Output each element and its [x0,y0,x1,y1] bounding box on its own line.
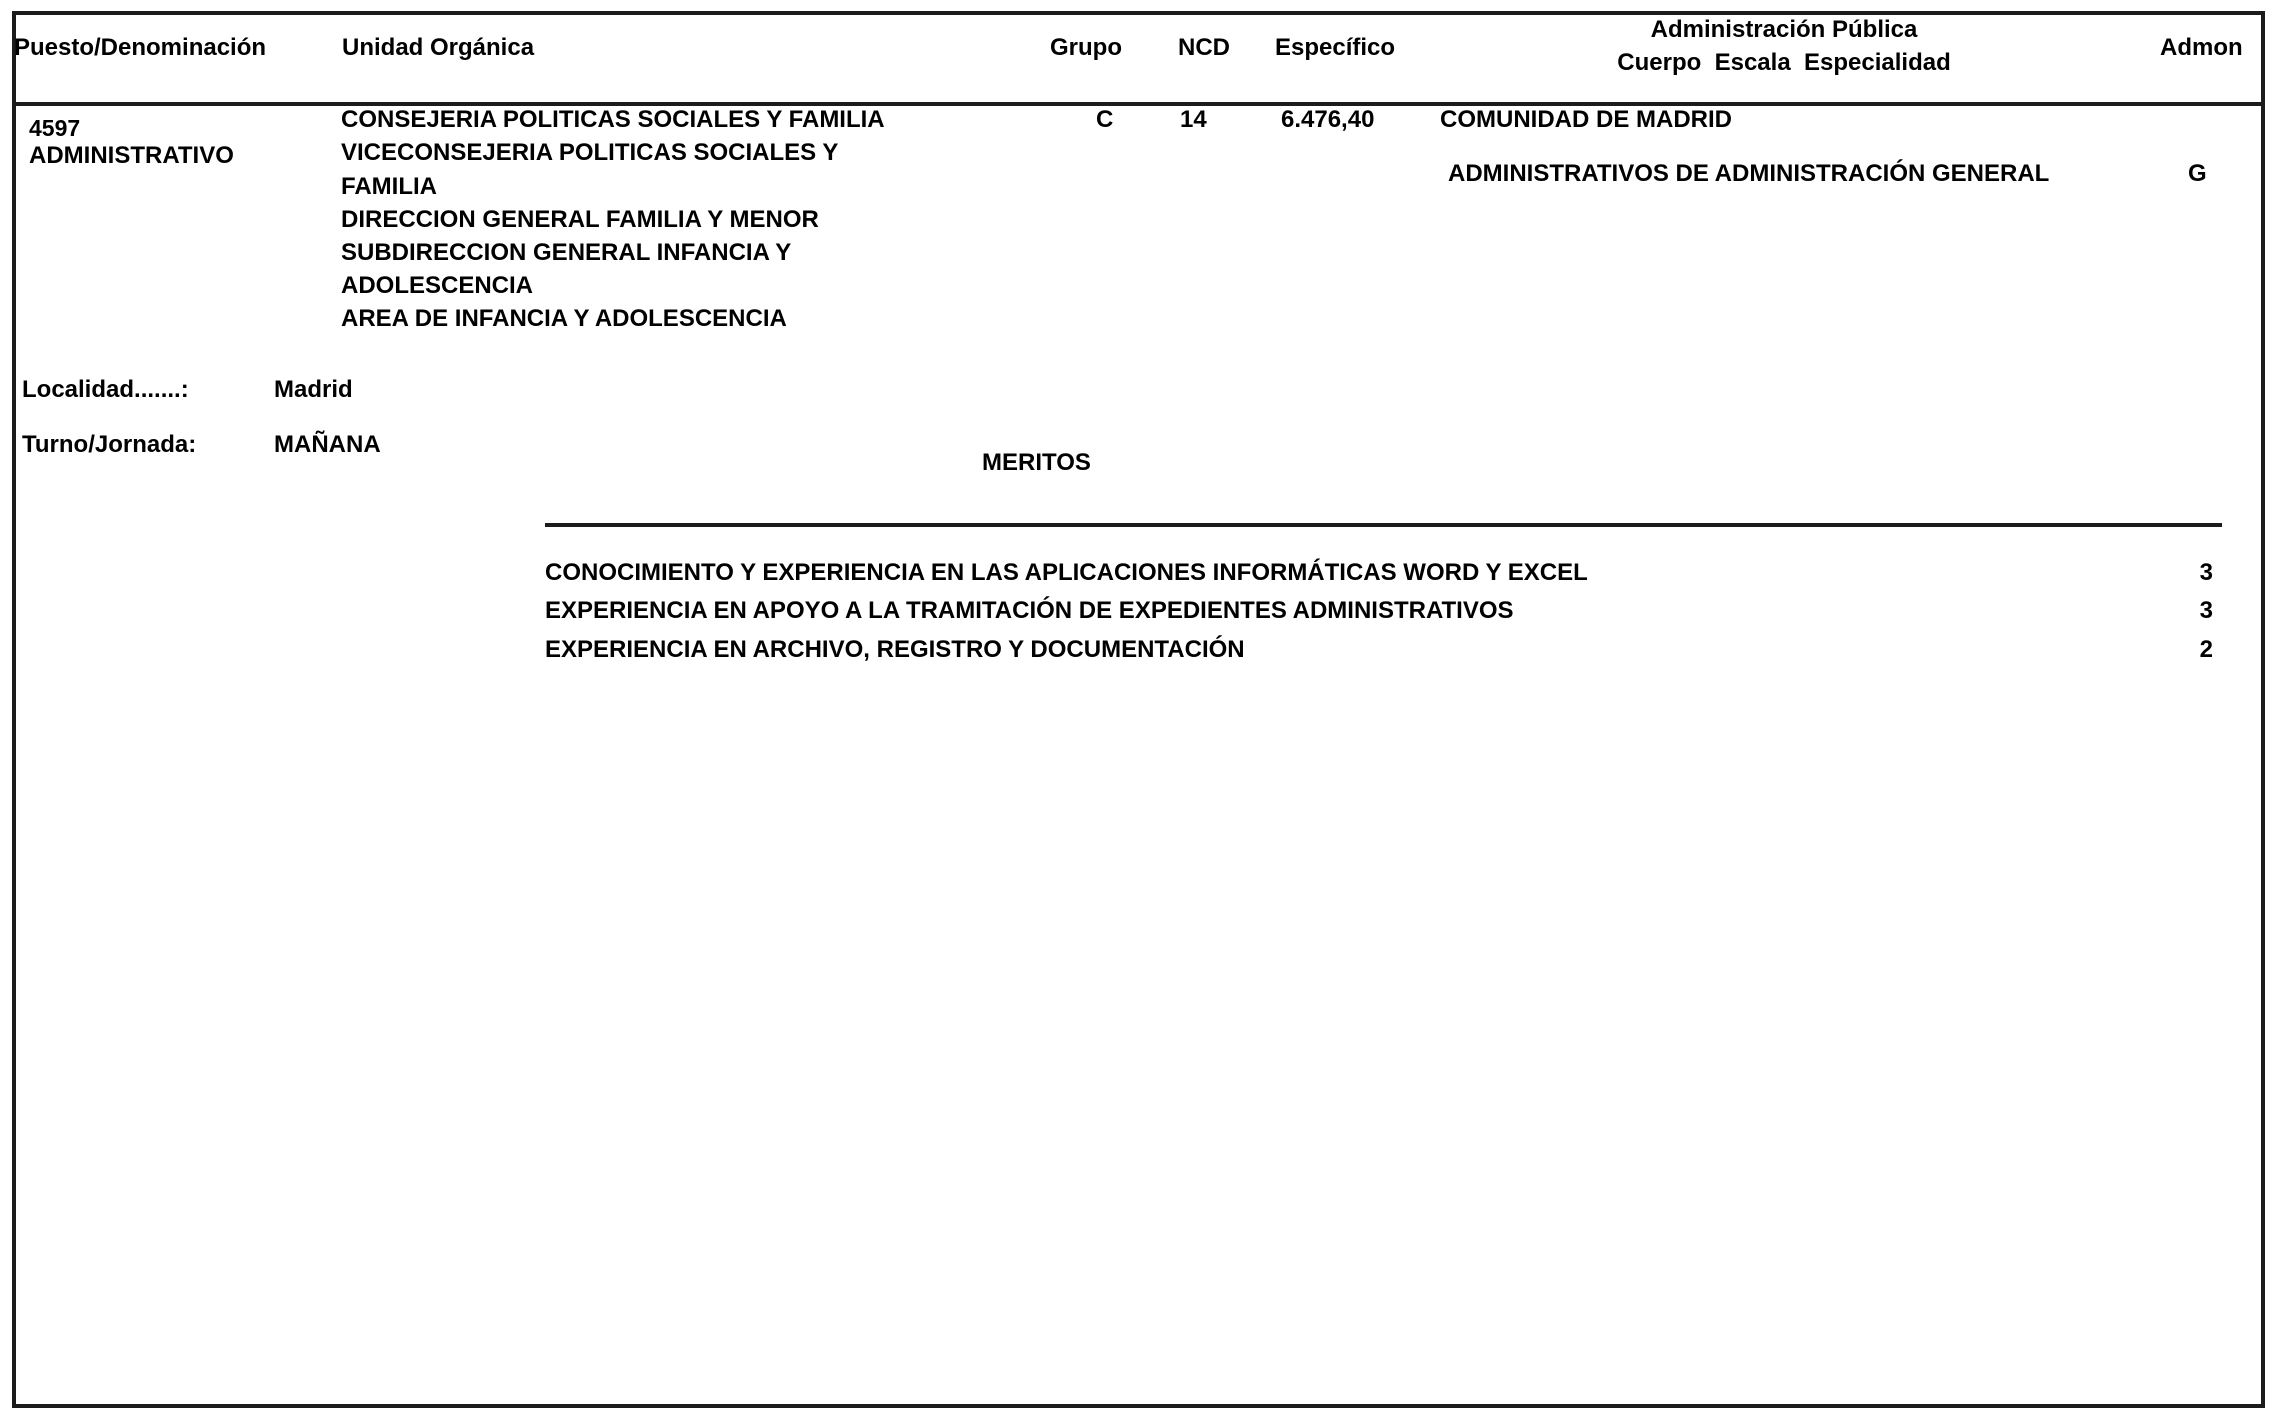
localidad-value: Madrid [274,378,353,402]
header-admin-publica: Administración Pública [1584,18,1984,42]
especifico-value: 6.476,40 [1281,108,1374,132]
merit-text: CONOCIMIENTO Y EXPERIENCIA EN LAS APLICA… [545,561,1588,585]
merit-item: EXPERIENCIA EN APOYO A LA TRAMITACIÓN DE… [545,599,2213,623]
grupo-value: C [1096,108,1113,132]
cuerpo-value: ADMINISTRATIVOS DE ADMINISTRACIÓN GENERA… [1448,162,2049,186]
unidad-line: ADOLESCENCIA [341,274,533,298]
turno-value: MAÑANA [274,433,381,457]
merit-item: EXPERIENCIA EN ARCHIVO, REGISTRO Y DOCUM… [545,638,2213,662]
meritos-title: MERITOS [982,451,1091,475]
merit-score: 2 [2200,638,2213,662]
unidad-line: SUBDIRECCION GENERAL INFANCIA Y [341,241,791,265]
unidad-line: DIRECCION GENERAL FAMILIA Y MENOR [341,208,819,232]
administracion-value: COMUNIDAD DE MADRID [1440,108,1732,132]
header-ncd: NCD [1178,36,1230,60]
header-puesto: Puesto/Denominación [14,36,266,60]
admon-value: G [2188,162,2207,186]
merit-text: EXPERIENCIA EN ARCHIVO, REGISTRO Y DOCUM… [545,638,1245,662]
header-especifico: Específico [1275,36,1395,60]
localidad-label: Localidad.......: [22,378,189,402]
unidad-line: VICECONSEJERIA POLITICAS SOCIALES Y [341,141,838,165]
header-unidad: Unidad Orgánica [342,36,534,60]
merit-score: 3 [2200,561,2213,585]
merit-text: EXPERIENCIA EN APOYO A LA TRAMITACIÓN DE… [545,599,1514,623]
header-cuerpo-escala: Cuerpo Escala Especialidad [1584,51,1984,75]
header-admon: Admon [2160,36,2243,60]
unidad-line: FAMILIA [341,175,437,199]
merit-score: 3 [2200,599,2213,623]
puesto-codigo: 4597 [29,116,80,140]
puesto-denominacion: ADMINISTRATIVO [29,144,234,168]
meritos-divider [545,523,2222,527]
merit-item: CONOCIMIENTO Y EXPERIENCIA EN LAS APLICA… [545,561,2213,585]
header-grupo: Grupo [1050,36,1122,60]
ncd-value: 14 [1180,108,1207,132]
unidad-line: CONSEJERIA POLITICAS SOCIALES Y FAMILIA [341,108,885,132]
turno-label: Turno/Jornada: [22,433,196,457]
unidad-line: AREA DE INFANCIA Y ADOLESCENCIA [341,307,787,331]
